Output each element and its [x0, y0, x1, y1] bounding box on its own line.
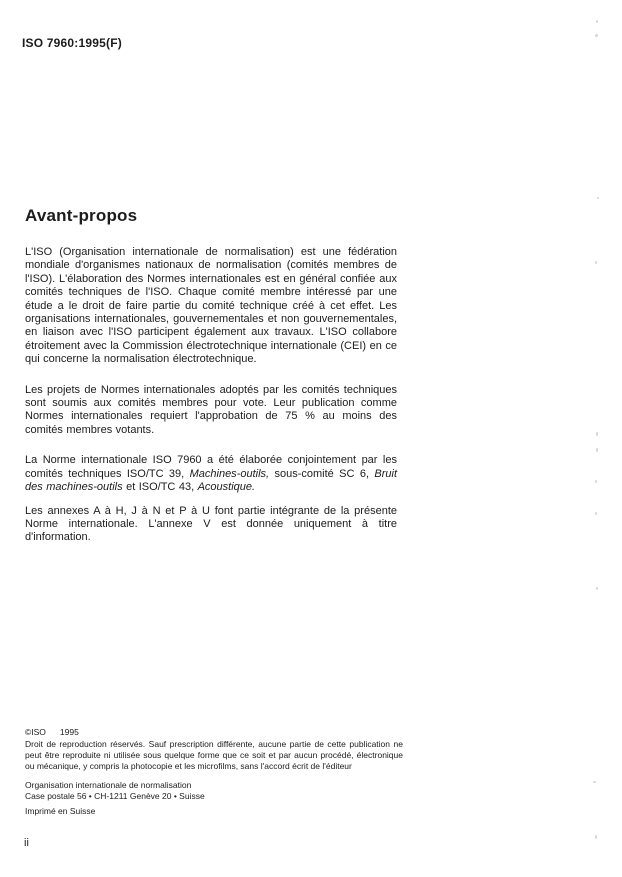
- foreword-paragraph-3: La Norme internationale ISO 7960 a été é…: [25, 454, 397, 494]
- scan-artifact: [595, 835, 597, 839]
- foreword-title: Avant-propos: [25, 206, 397, 226]
- scan-artifact: [596, 432, 598, 436]
- printed-in-notice: Imprimé en Suisse: [25, 806, 405, 817]
- scanned-document-page: ISO 7960:1995(F) Avant-propos L'ISO (Org…: [0, 0, 622, 877]
- copyright-footer: ©ISO1995 Droit de reproduction réservés.…: [25, 727, 405, 817]
- publisher-address: Case postale 56 • CH-1211 Genève 20 • Su…: [25, 791, 405, 802]
- scan-artifact: [596, 448, 598, 452]
- scan-artifact: [595, 34, 598, 37]
- copyright-owner: ©ISO: [25, 727, 46, 737]
- scan-artifact: [595, 512, 597, 515]
- foreword-paragraph-1: L'ISO (Organisation internationale de no…: [25, 246, 397, 367]
- rights-notice: Droit de reproduction réservés. Sauf pre…: [25, 739, 403, 771]
- scan-artifact: [593, 781, 596, 783]
- publisher-block: Organisation internationale de normalisa…: [25, 780, 405, 802]
- scan-artifact: [596, 20, 598, 23]
- scan-artifact: [597, 197, 599, 199]
- page-number: ii: [24, 837, 29, 849]
- scan-artifact: [596, 587, 598, 590]
- foreword-paragraph-4: Les annexes A à H, J à N et P à U font p…: [25, 505, 397, 545]
- document-reference-header: ISO 7960:1995(F): [22, 36, 122, 50]
- copyright-line: ©ISO1995: [25, 727, 405, 738]
- foreword-section: Avant-propos L'ISO (Organisation interna…: [25, 206, 397, 555]
- copyright-year: 1995: [60, 727, 79, 737]
- publisher-name: Organisation internationale de normalisa…: [25, 780, 405, 791]
- scan-artifact: [595, 261, 597, 264]
- scan-artifact: [595, 480, 597, 483]
- foreword-paragraph-2: Les projets de Normes internationales ad…: [25, 384, 397, 438]
